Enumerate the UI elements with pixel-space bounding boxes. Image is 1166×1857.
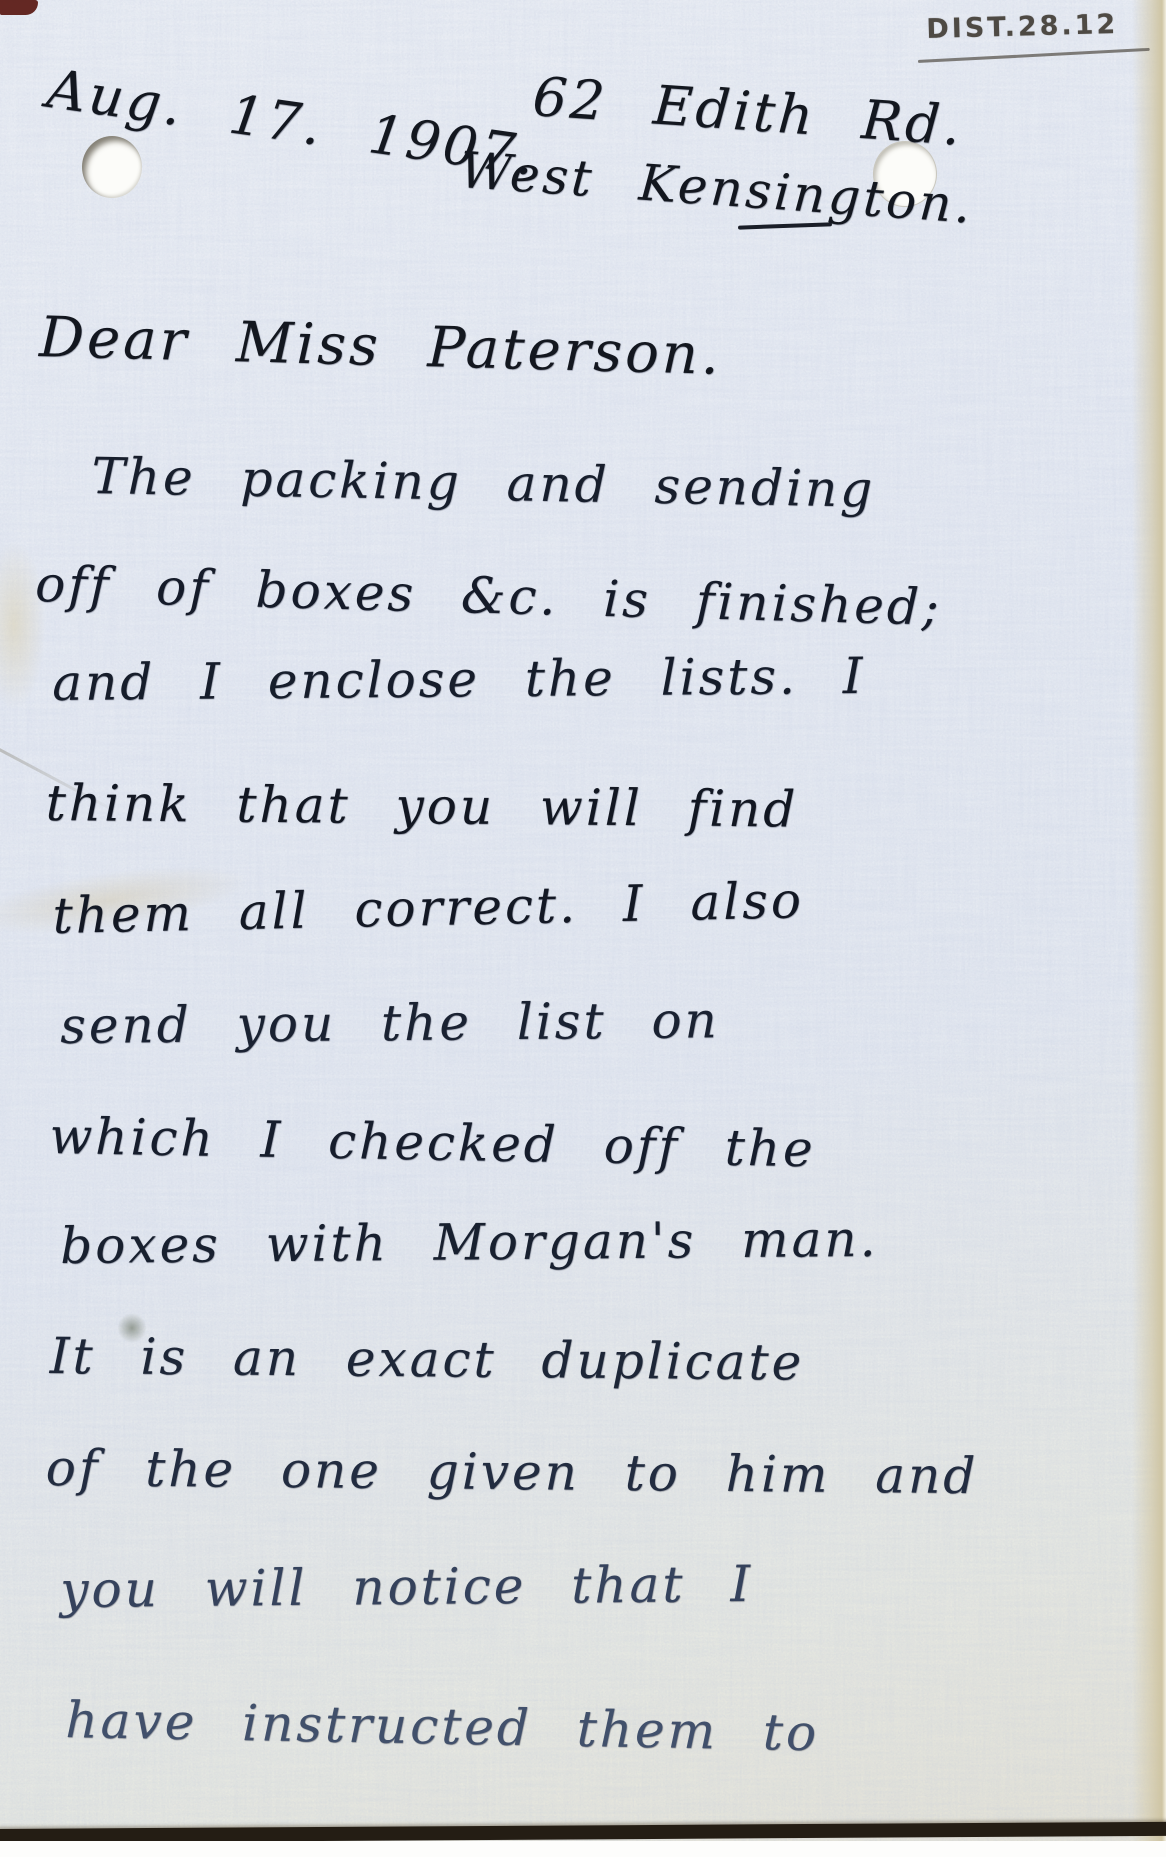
paper-right-edge xyxy=(1132,0,1166,1841)
scanned-letter-page: DIST.28.12 Aug. 17. 1907. 62 Edith Rd. W… xyxy=(0,0,1166,1857)
paper-bottom-edge xyxy=(0,1822,1166,1841)
scan-background xyxy=(0,1841,1166,1857)
corner-mark xyxy=(0,0,38,15)
body-line: have instructed them to xyxy=(65,1692,820,1763)
body-line: off of boxes &c. is finished; xyxy=(34,556,942,637)
body-line: you will notice that I xyxy=(60,1556,753,1620)
body-line: think that you will find xyxy=(45,775,798,839)
annotation-underline xyxy=(918,48,1150,63)
salutation: Dear Miss Paterson. xyxy=(38,306,722,388)
body-line: and I enclose the lists. I xyxy=(52,648,866,713)
punch-hole-left xyxy=(82,136,142,198)
body-line: It is an exact duplicate xyxy=(49,1328,804,1392)
archive-annotation: DIST.28.12 xyxy=(926,9,1119,45)
body-line: which I checked off the xyxy=(49,1108,816,1179)
address-underline xyxy=(738,222,832,229)
body-line: send you the list on xyxy=(60,992,720,1055)
address-line-1: 62 Edith Rd. xyxy=(531,66,965,158)
body-line: boxes with Morgan's man. xyxy=(60,1211,879,1276)
letter-paper: DIST.28.12 Aug. 17. 1907. 62 Edith Rd. W… xyxy=(0,0,1166,1841)
body-line: of the one given to him and xyxy=(45,1440,978,1506)
body-line: The packing and sending xyxy=(91,448,876,519)
